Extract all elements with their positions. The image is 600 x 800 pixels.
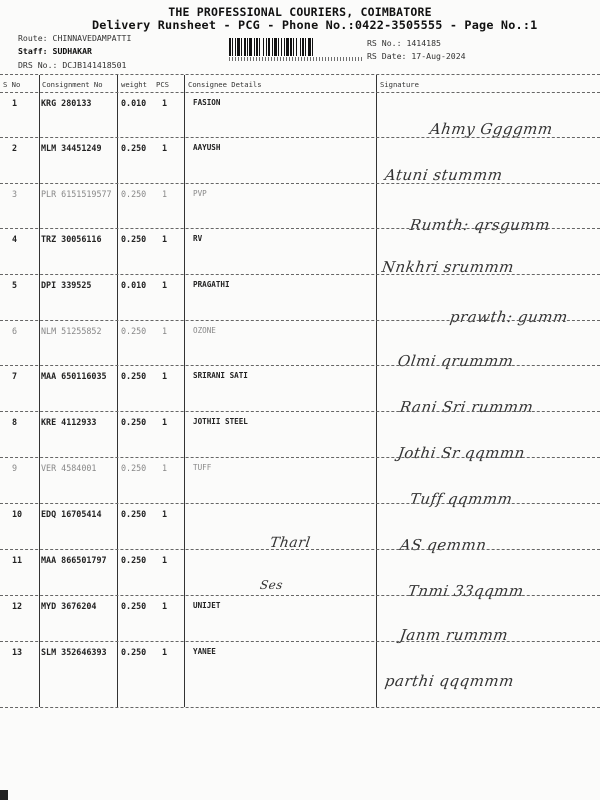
- cell-consignee: TUFF: [193, 463, 211, 472]
- row-separator: [0, 183, 600, 184]
- cell-sno: 10: [12, 509, 22, 519]
- handwritten-signature: AS qemmn: [399, 536, 488, 554]
- cell-consignment: MAA 866501797: [41, 555, 107, 565]
- row-separator: [0, 595, 600, 596]
- cell-pcs: 1: [162, 189, 167, 199]
- cell-pcs: 1: [162, 555, 167, 565]
- handwritten-signature: Tnmi 33qqmm: [407, 582, 525, 600]
- row-separator: [0, 503, 600, 504]
- col-header-weight: weight: [121, 80, 147, 89]
- margin-signature-2: Ses: [259, 578, 284, 592]
- cell-consignment: SLM 352646393: [41, 647, 107, 657]
- margin-signature-1: Tharl: [269, 535, 312, 551]
- handwritten-signature: Olmi qrummm: [397, 352, 515, 370]
- cell-pcs: 1: [162, 463, 167, 473]
- table-bottom-rule: [0, 707, 600, 708]
- staff-line: Staff: SUDHAKAR: [18, 46, 92, 56]
- cell-consignment: PLR 6151519577: [41, 189, 112, 199]
- drs-value: DCJB141418501: [62, 60, 126, 70]
- row-separator: [0, 457, 600, 458]
- cell-weight: 0.250: [121, 371, 146, 381]
- cell-consignee: PVP: [193, 189, 207, 198]
- cell-sno: 11: [12, 555, 22, 565]
- cell-weight: 0.250: [121, 647, 146, 657]
- cell-pcs: 1: [162, 98, 167, 108]
- cell-pcs: 1: [162, 326, 167, 336]
- table-top-rule: [0, 74, 600, 75]
- row-separator: [0, 320, 600, 321]
- cell-pcs: 1: [162, 417, 167, 427]
- route-line: Route: CHINNAVEDAMPATTI: [18, 33, 131, 43]
- cell-consignment: MAA 650116035: [41, 371, 107, 381]
- row-separator: [0, 137, 600, 138]
- cell-sno: 12: [12, 601, 22, 611]
- staff-value: SUDHAKAR: [53, 46, 92, 56]
- cell-weight: 0.250: [121, 417, 146, 427]
- rs-date-value: 17-Aug-2024: [411, 51, 465, 61]
- row-separator: [0, 92, 600, 93]
- col-rule-2: [117, 75, 118, 707]
- rs-date-label: RS Date:: [367, 51, 406, 61]
- col-header-consignment: Consignment No: [42, 80, 103, 89]
- cell-weight: 0.250: [121, 234, 146, 244]
- row-separator: [0, 274, 600, 275]
- handwritten-signature: Rani Sri rummm: [399, 398, 535, 416]
- cell-consignee: OZONE: [193, 326, 216, 335]
- cell-consignment: NLM 51255852: [41, 326, 102, 336]
- col-header-signature: Signature: [380, 80, 419, 89]
- cell-pcs: 1: [162, 647, 167, 657]
- cell-pcs: 1: [162, 371, 167, 381]
- cell-consignment: KRE 4112933: [41, 417, 96, 427]
- cell-weight: 0.010: [121, 280, 146, 290]
- cell-weight: 0.250: [121, 555, 146, 565]
- staff-label: Staff:: [18, 46, 48, 56]
- cell-weight: 0.250: [121, 143, 146, 153]
- handwritten-signature: Jothi Sr qqmmn: [397, 444, 526, 462]
- rs-no-label: RS No.:: [367, 38, 402, 48]
- col-header-consignee: Consignee Details: [188, 80, 262, 89]
- route-label: Route:: [18, 33, 48, 43]
- cell-consignment: TRZ 30056116: [41, 234, 102, 244]
- col-rule-4: [376, 75, 377, 707]
- cell-consignee: RV: [193, 234, 202, 243]
- cell-weight: 0.250: [121, 509, 146, 519]
- drs-line: DRS No.: DCJB141418501: [18, 60, 126, 70]
- cell-sno: 4: [12, 234, 17, 244]
- cell-consignee: AAYUSH: [193, 143, 220, 152]
- cell-pcs: 1: [162, 509, 167, 519]
- cell-weight: 0.250: [121, 326, 146, 336]
- cell-consignment: DPI 339525: [41, 280, 91, 290]
- company-title: THE PROFESSIONAL COURIERS, COIMBATORE: [0, 5, 600, 19]
- cell-weight: 0.250: [121, 189, 146, 199]
- cell-consignee: UNIJET: [193, 601, 220, 610]
- cell-sno: 3: [12, 189, 17, 199]
- handwritten-signature: Atuni stummm: [384, 166, 504, 184]
- rs-no-line: RS No.: 1414185: [367, 38, 441, 48]
- drs-label: DRS No.:: [18, 60, 57, 70]
- cell-sno: 8: [12, 417, 17, 427]
- col-header-sno: S No: [3, 80, 20, 89]
- cell-consignee: JOTHII STEEL: [193, 417, 248, 426]
- row-separator: [0, 365, 600, 366]
- cell-consignment: EDQ 16705414: [41, 509, 102, 519]
- cell-pcs: 1: [162, 280, 167, 290]
- cell-weight: 0.250: [121, 601, 146, 611]
- row-separator: [0, 411, 600, 412]
- cell-consignment: MYD 3676204: [41, 601, 96, 611]
- col-rule-3: [184, 75, 185, 707]
- cell-weight: 0.010: [121, 98, 146, 108]
- cell-consignee: SRIRANI SATI: [193, 371, 248, 380]
- cell-sno: 1: [12, 98, 17, 108]
- row-separator: [0, 228, 600, 229]
- cell-pcs: 1: [162, 234, 167, 244]
- col-rule-1: [39, 75, 40, 707]
- cell-sno: 9: [12, 463, 17, 473]
- rs-date-line: RS Date: 17-Aug-2024: [367, 51, 466, 61]
- cell-sno: 13: [12, 647, 22, 657]
- handwritten-signature: parthi qqqmmm: [384, 672, 515, 690]
- row-separator: [0, 641, 600, 642]
- handwritten-signature: prawth: gumm: [449, 308, 569, 326]
- cell-sno: 5: [12, 280, 17, 290]
- cell-weight: 0.250: [121, 463, 146, 473]
- cell-pcs: 1: [162, 601, 167, 611]
- handwritten-signature: Rumth: qrsgumm: [409, 216, 551, 234]
- cell-consignee: PRAGATHI: [193, 280, 230, 289]
- cell-sno: 2: [12, 143, 17, 153]
- cell-pcs: 1: [162, 143, 167, 153]
- handwritten-signature: Tuff qqmmm: [409, 490, 514, 508]
- rs-no-value: 1414185: [406, 38, 441, 48]
- col-header-pcs: PCS: [156, 80, 169, 89]
- cell-consignment: KRG 280133: [41, 98, 91, 108]
- cell-sno: 6: [12, 326, 17, 336]
- route-value: CHINNAVEDAMPATTI: [53, 33, 132, 43]
- cell-consignment: VER 4584001: [41, 463, 96, 473]
- cell-consignment: MLM 34451249: [41, 143, 102, 153]
- page-edge-mark: [0, 790, 8, 800]
- handwritten-signature: Ahmy Ggggmm: [429, 120, 554, 138]
- cell-sno: 7: [12, 371, 17, 381]
- runsheet-subtitle: Delivery Runsheet - PCG - Phone No.:0422…: [92, 18, 600, 32]
- cell-consignee: YANEE: [193, 647, 216, 656]
- cell-consignee: FASION: [193, 98, 220, 107]
- barcode-digits: [229, 57, 363, 61]
